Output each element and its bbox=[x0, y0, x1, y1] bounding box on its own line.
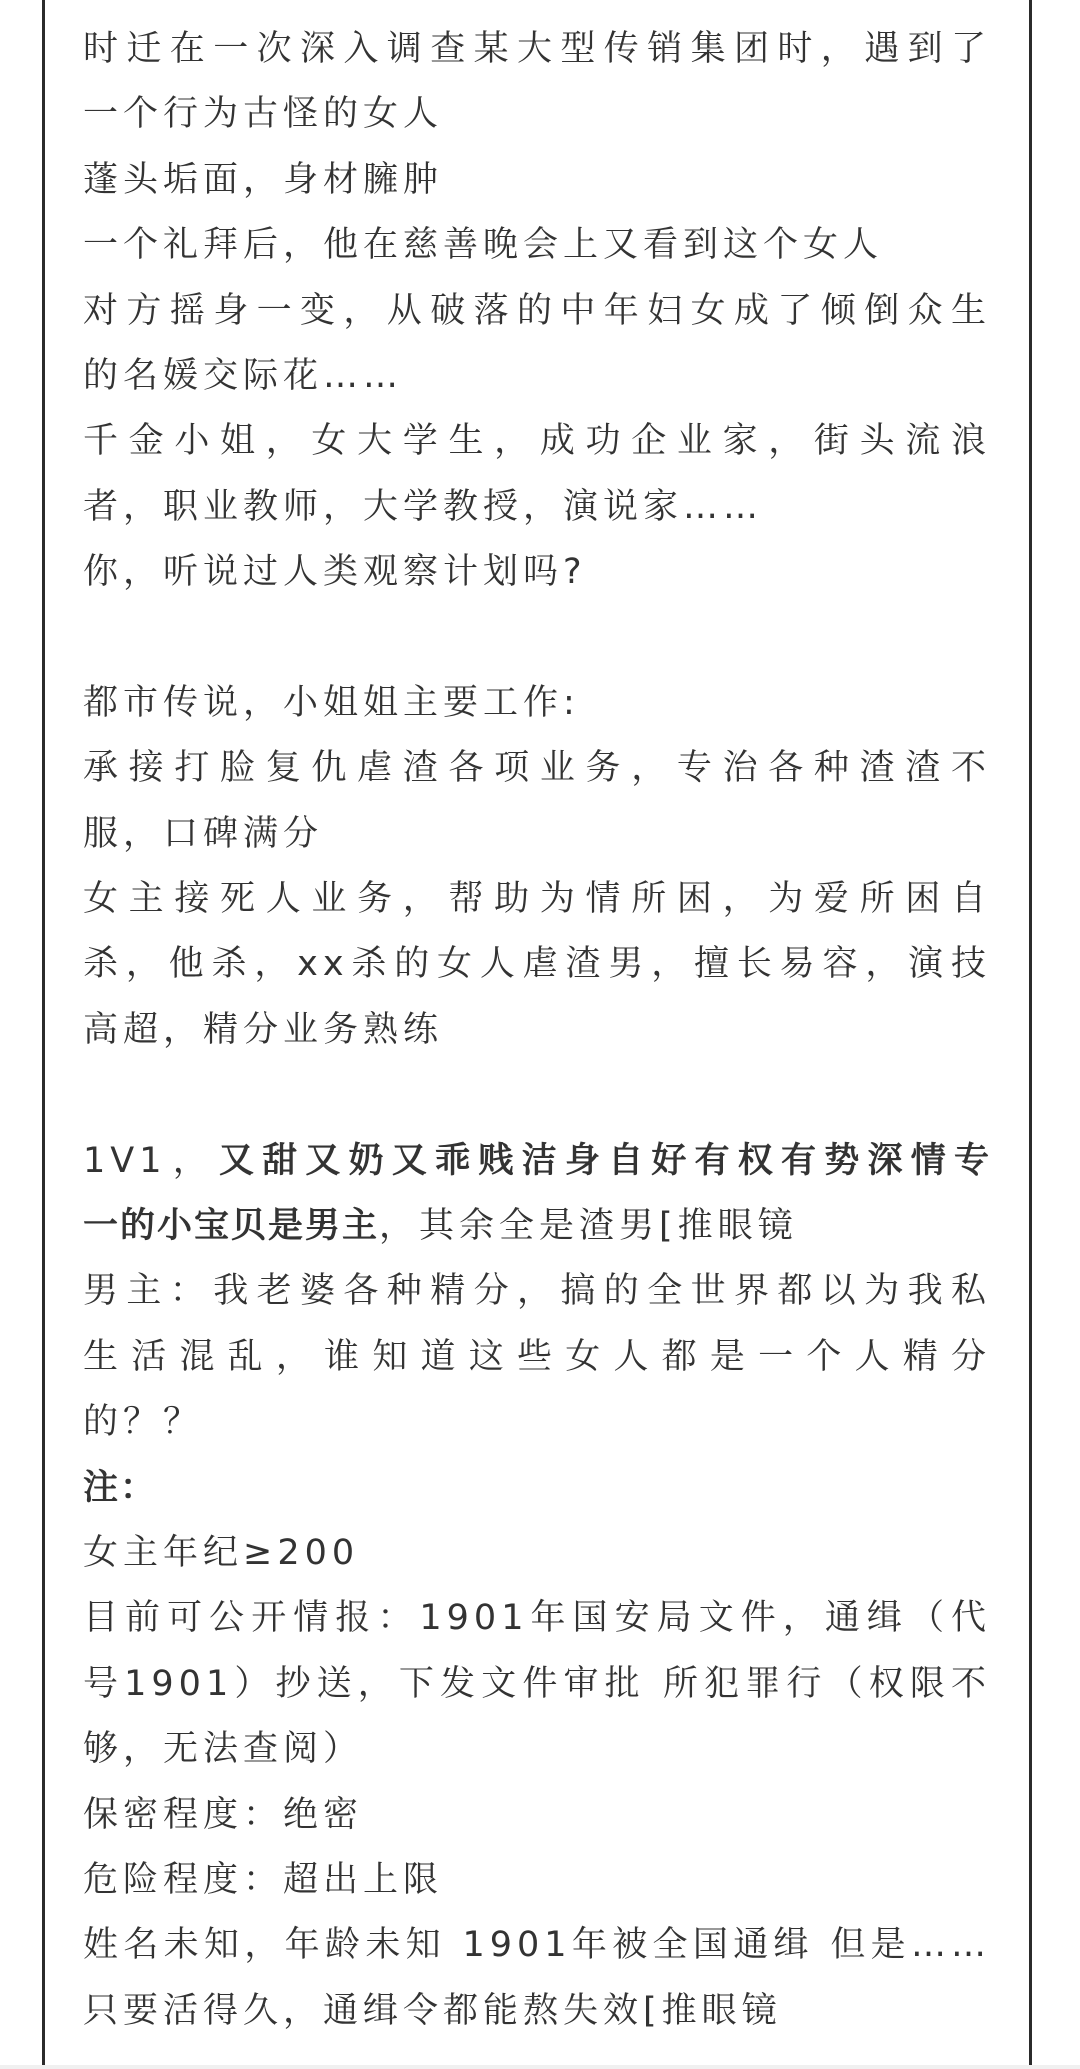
text-line: 服，口碑满分 bbox=[83, 802, 991, 867]
text-line: 一个行为古怪的女人 bbox=[83, 82, 991, 147]
text-line: 高超，精分业务熟练 bbox=[83, 998, 991, 1063]
bottom-bar bbox=[0, 2065, 1080, 2069]
text-line: 女主年纪≥200 bbox=[83, 1521, 991, 1586]
text-line: 注： bbox=[83, 1456, 991, 1521]
text-line: 时迁在一次深入调查某大型传销集团时，遇到了 bbox=[83, 17, 991, 82]
blank-line bbox=[83, 606, 991, 671]
blank-line bbox=[83, 1063, 991, 1128]
text-line: 你，听说过人类观察计划吗? bbox=[83, 540, 991, 605]
text-line: 女主接死人业务，帮助为情所困，为爱所困自 bbox=[83, 867, 991, 932]
text-line: 千金小姐，女大学生，成功企业家，街头流浪 bbox=[83, 409, 991, 474]
text-line: 生活混乱，谁知道这些女人都是一个人精分 bbox=[83, 1325, 991, 1390]
text-line: 一个礼拜后，他在慈善晚会上又看到这个女人 bbox=[83, 213, 991, 278]
note-label: 注： bbox=[83, 1468, 157, 1508]
text-line: 一的小宝贝是男主，其余全是渣男[推眼镜 bbox=[83, 1194, 991, 1259]
text-bold: 一的小宝贝是男主 bbox=[83, 1206, 379, 1246]
text-line: 保密程度：绝密 bbox=[83, 1783, 991, 1848]
text-line: 危险程度：超出上限 bbox=[83, 1848, 991, 1913]
text-line: 的名媛交际花…… bbox=[83, 344, 991, 409]
text-bold: 又甜又奶又乖贱洁身自好有权有势深情专 bbox=[219, 1141, 991, 1181]
text-line: 只要活得久，通缉令都能熬失效[推眼镜 bbox=[83, 1979, 991, 2044]
text-line: 的？？ bbox=[83, 1390, 991, 1455]
text-line: 够，无法查阅） bbox=[83, 1717, 991, 1782]
text-line: 姓名未知，年龄未知 1901年被全国通缉 但是…… bbox=[83, 1913, 991, 1978]
document-body: 时迁在一次深入调查某大型传销集团时，遇到了 一个行为古怪的女人 蓬头垢面，身材臃… bbox=[83, 17, 991, 2044]
text-line: 目前可公开情报：1901年国安局文件，通缉（代 bbox=[83, 1586, 991, 1651]
text-normal: ，其余全是渣男[推眼镜 bbox=[379, 1206, 798, 1246]
text-line: 者，职业教师，大学教授，演说家…… bbox=[83, 475, 991, 540]
text-line: 对方摇身一变，从破落的中年妇女成了倾倒众生 bbox=[83, 279, 991, 344]
text-line: 号1901）抄送，下发文件审批 所犯罪行（权限不 bbox=[83, 1652, 991, 1717]
text-line: 蓬头垢面，身材臃肿 bbox=[83, 148, 991, 213]
text-line: 1V1，又甜又奶又乖贱洁身自好有权有势深情专 bbox=[83, 1129, 991, 1194]
text-line: 杀，他杀，xx杀的女人虐渣男，擅长易容，演技 bbox=[83, 932, 991, 997]
text-line: 男主：我老婆各种精分，搞的全世界都以为我私 bbox=[83, 1259, 991, 1324]
text-line: 承接打脸复仇虐渣各项业务，专治各种渣渣不 bbox=[83, 736, 991, 801]
text-normal: 1V1， bbox=[83, 1141, 219, 1181]
text-line: 都市传说，小姐姐主要工作: bbox=[83, 671, 991, 736]
